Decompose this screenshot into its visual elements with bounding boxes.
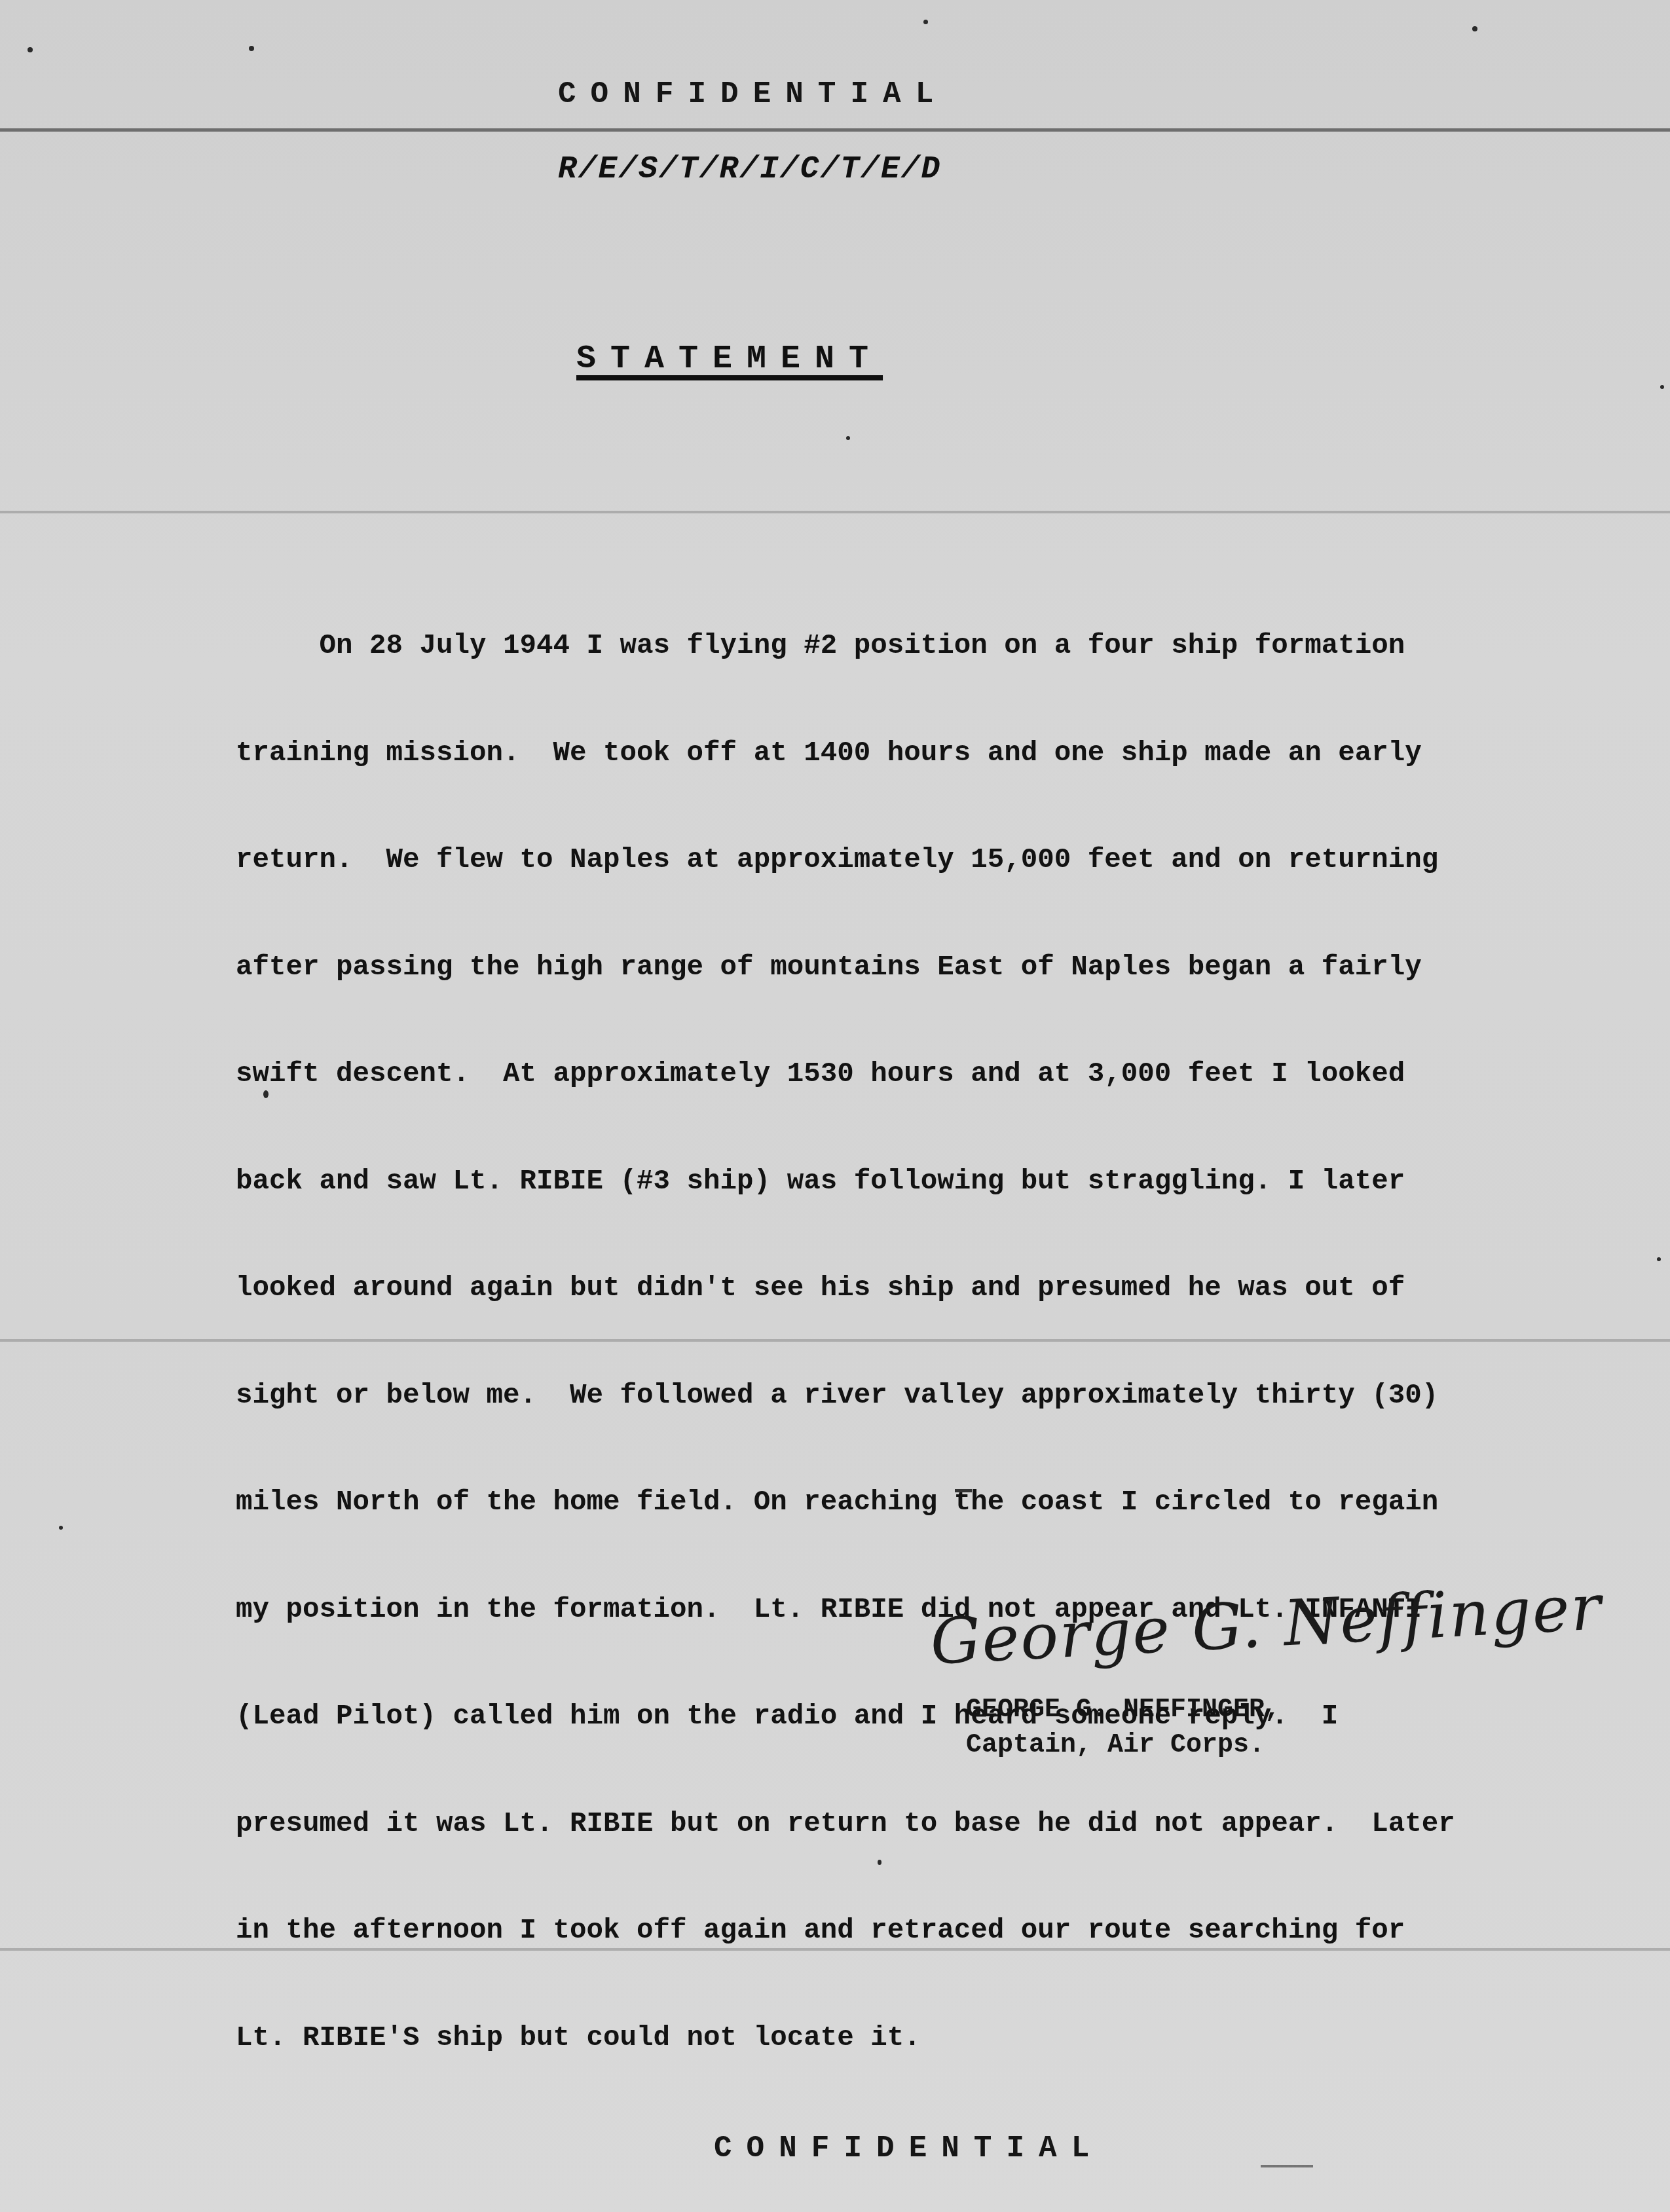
statement-body: On 28 July 1944 I was flying #2 position…: [236, 557, 1559, 2127]
classification-header: CONFIDENTIAL: [558, 77, 948, 111]
struck-classification: R/E/S/T/R/I/C/T/E/D: [558, 152, 941, 187]
body-line: sight or below me. We followed a river v…: [236, 1378, 1559, 1414]
statement-heading: STATEMENT: [576, 341, 883, 378]
ink-mark: [1261, 2165, 1313, 2167]
document-page: CONFIDENTIAL R/E/S/T/R/I/C/T/E/D STATEME…: [0, 0, 1670, 2212]
body-line: back and saw Lt. RIBIE (#3 ship) was fol…: [236, 1164, 1559, 1200]
body-line: Lt. RIBIE'S ship but could not locate it…: [236, 2020, 1559, 2056]
scan-speck: [1660, 385, 1664, 389]
scan-speck: [846, 436, 850, 440]
body-line: after passing the high range of mountain…: [236, 949, 1559, 986]
scan-speck: [59, 1526, 63, 1530]
body-line: (Lead Pilot) called him on the radio and…: [236, 1699, 1559, 1735]
body-line: return. We flew to Naples at approximate…: [236, 842, 1559, 878]
ink-mark: [955, 1489, 972, 1492]
scan-speck: [1472, 26, 1477, 31]
body-line: On 28 July 1944 I was flying #2 position…: [236, 628, 1559, 664]
signer-title: Captain, Air Corps.: [966, 1728, 1280, 1763]
signer-name: GEORGE G. NEFFINGER,: [966, 1693, 1280, 1728]
body-line: miles North of the home field. On reachi…: [236, 1484, 1559, 1521]
body-line: looked around again but didn't see his s…: [236, 1270, 1559, 1306]
scan-line: [0, 511, 1670, 513]
scan-speck: [1657, 1257, 1661, 1261]
classification-footer: CONFIDENTIAL: [714, 2131, 1104, 2166]
scan-speck: [263, 1090, 269, 1098]
header-rule: [0, 128, 1670, 132]
body-line: swift descent. At approximately 1530 hou…: [236, 1056, 1559, 1092]
scan-speck: [28, 47, 33, 52]
scan-speck: [249, 46, 254, 51]
body-line: in the afternoon I took off again and re…: [236, 1913, 1559, 1949]
signature-block: GEORGE G. NEFFINGER, Captain, Air Corps.: [966, 1693, 1280, 1763]
body-line: training mission. We took off at 1400 ho…: [236, 735, 1559, 771]
body-line: presumed it was Lt. RIBIE but on return …: [236, 1806, 1559, 1842]
scan-speck: [923, 20, 928, 24]
scan-speck: [878, 1860, 881, 1865]
